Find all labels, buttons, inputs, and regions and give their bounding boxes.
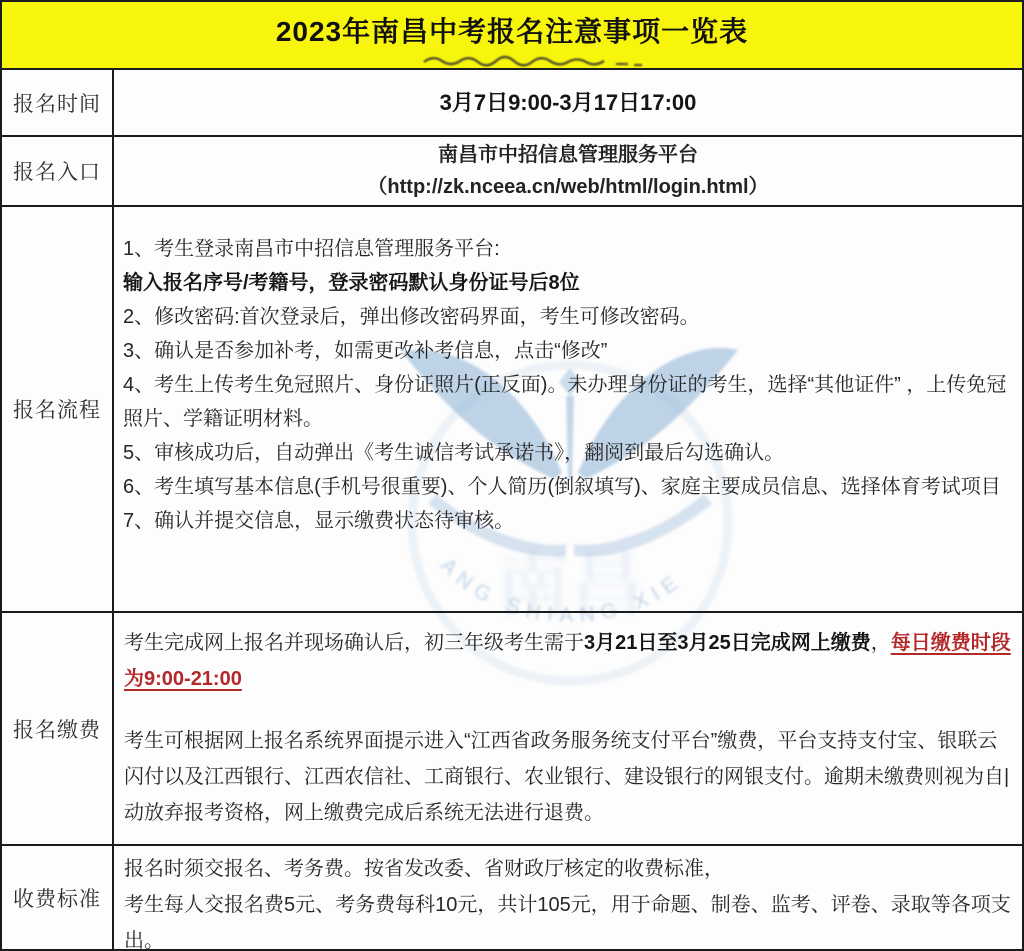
procedure-step: 输入报名序号/考籍号，登录密码默认身份证号后8位 bbox=[123, 266, 1014, 300]
registration-time-cell: 3月7日9:00-3月17日17:00 bbox=[114, 70, 1022, 135]
label-registration-time: 报名时间 bbox=[2, 70, 114, 135]
header-band: 2023年南昌中考报名注意事项一览表 bbox=[2, 2, 1022, 70]
procedure-step: 5、审核成功后，自动弹出《考生诚信考试承诺书》，翻阅到最后勾选确认。 bbox=[123, 436, 1014, 470]
redacted-scribble-icon bbox=[420, 50, 650, 70]
procedure-step: 6、考生填写基本信息(手机号很重要)、个人简历(倒叙填写)、家庭主要成员信息、选… bbox=[123, 470, 1014, 504]
fee-line-2: 考生每人交报名费5元、考务费每科10元，共计105元，用于命题、制卷、监考、评卷… bbox=[124, 887, 1014, 951]
label-registration-entry: 报名入口 bbox=[2, 137, 114, 205]
payment-text-segment: 3月21日至3月25日完成网上缴费 bbox=[584, 632, 871, 654]
payment-paragraph-1: 考生完成网上报名并现场确认后，初三年级考生需于3月21日至3月25日完成网上缴费… bbox=[124, 625, 1014, 697]
procedure-step: 3、确认是否参加补考，如需更改补考信息，点击“修改” bbox=[123, 334, 1014, 368]
fee-cell: 报名时须交报名、考务费。按省发改委、省财政厅核定的收费标准， 考生每人交报名费5… bbox=[114, 846, 1022, 949]
entry-url: （http://zk.nceea.cn/web/html/login.html） bbox=[367, 171, 768, 203]
registration-time-value: 3月7日9:00-3月17日17:00 bbox=[440, 86, 697, 120]
payment-cell: 考生完成网上报名并现场确认后，初三年级考生需于3月21日至3月25日完成网上缴费… bbox=[114, 613, 1022, 844]
label-fee-standard: 收费标准 bbox=[2, 846, 114, 949]
payment-paragraph-2: 考生可根据网上报名系统界面提示进入“江西省政务服务统支付平台”缴费，平台支持支付… bbox=[124, 723, 1014, 831]
row-fee-standard: 收费标准 报名时须交报名、考务费。按省发改委、省财政厅核定的收费标准， 考生每人… bbox=[2, 846, 1022, 949]
page-title: 2023年南昌中考报名注意事项一览表 bbox=[276, 10, 748, 50]
procedure-step: 4、考生上传考生免冠照片、身份证照片(正反面)。未办理身份证的考生，选择“其他证… bbox=[123, 368, 1014, 436]
row-registration-payment: 报名缴费 考生完成网上报名并现场确认后，初三年级考生需于3月21日至3月25日完… bbox=[2, 613, 1022, 846]
procedure-step: 7、确认并提交信息，显示缴费状态待审核。 bbox=[123, 504, 1014, 538]
procedure-step: 2、修改密码:首次登录后，弹出修改密码界面，考生可修改密码。 bbox=[123, 300, 1014, 334]
row-registration-entry: 报名入口 南昌市中招信息管理服务平台 （http://zk.nceea.cn/w… bbox=[2, 137, 1022, 207]
label-registration-procedure: 报名流程 bbox=[2, 207, 114, 611]
row-registration-procedure: 报名流程 1、考生登录南昌市中招信息管理服务平台:输入报名序号/考籍号，登录密码… bbox=[2, 207, 1022, 613]
entry-platform-name: 南昌市中招信息管理服务平台 bbox=[438, 139, 698, 171]
row-registration-time: 报名时间 3月7日9:00-3月17日17:00 bbox=[2, 70, 1022, 137]
procedure-steps: 1、考生登录南昌市中招信息管理服务平台:输入报名序号/考籍号，登录密码默认身份证… bbox=[114, 207, 1022, 611]
label-registration-payment: 报名缴费 bbox=[2, 613, 114, 844]
procedure-step: 1、考生登录南昌市中招信息管理服务平台: bbox=[123, 232, 1014, 266]
payment-text-segment: 考生完成网上报名并现场确认后，初三年级考生需于 bbox=[124, 632, 584, 654]
payment-text-segment: ， bbox=[871, 632, 891, 654]
notice-table: 南昌 ANG SHIANG XIE 2023年南昌中考报名注意事项一览表 报名时… bbox=[0, 0, 1024, 951]
registration-entry-cell: 南昌市中招信息管理服务平台 （http://zk.nceea.cn/web/ht… bbox=[114, 137, 1022, 205]
fee-line-1: 报名时须交报名、考务费。按省发改委、省财政厅核定的收费标准， bbox=[124, 851, 1014, 887]
